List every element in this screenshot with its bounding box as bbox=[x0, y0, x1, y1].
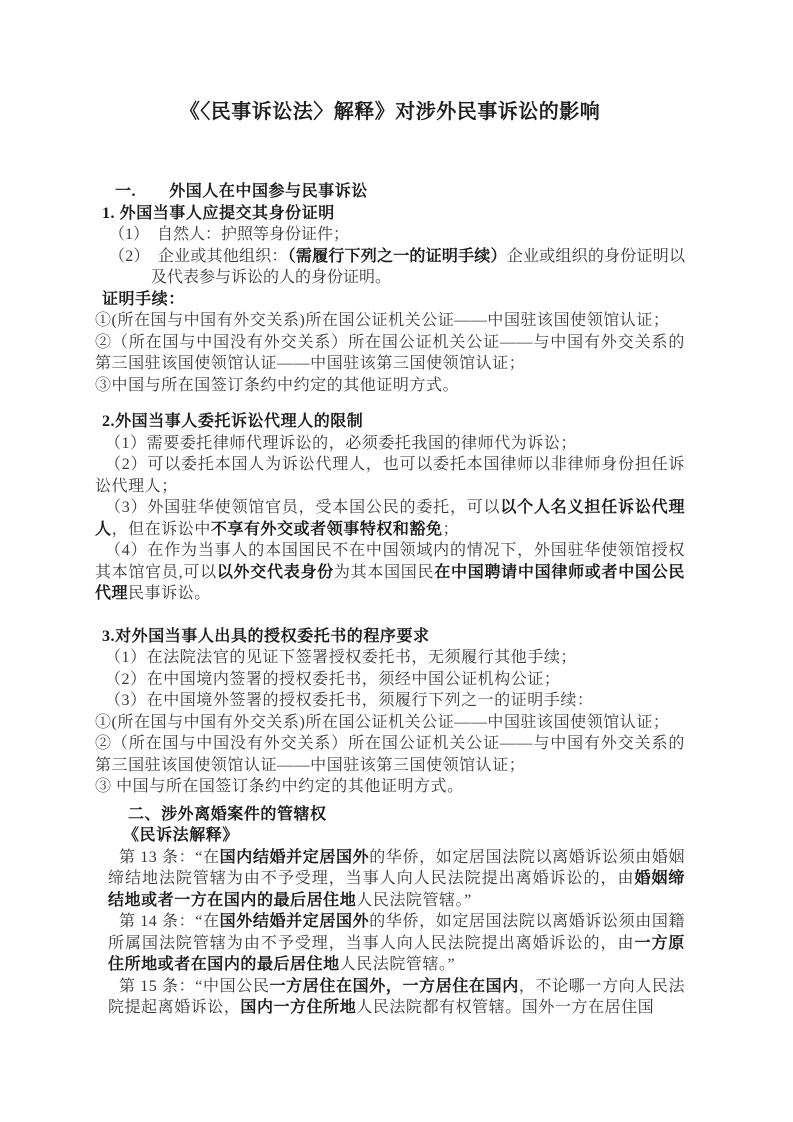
paragraph: （2）可以委托本国人为诉讼代理人，也可以委托本国律师以非律师身份担任诉讼代理人； bbox=[95, 454, 685, 497]
paragraph: （2）在中国境内签署的授权委托书，须经中国公证机构公证； bbox=[95, 669, 685, 691]
paragraph: （1）在法院法官的见证下签署授权委托书，无须履行其他手续； bbox=[95, 647, 685, 669]
paragraph: 证明手续： bbox=[95, 289, 685, 311]
paragraph: ①(所在国与中国有外交关系)所在国公证机关公证——中国驻该国使领馆认证； bbox=[95, 310, 685, 332]
document-page: 《〈民事诉讼法〉解释》对涉外民事诉讼的影响 一. 外国人在中国参与民事诉讼1. … bbox=[0, 0, 793, 1122]
text-run: 第 15 条：“中国公民 bbox=[119, 978, 269, 995]
subsection-2-heading: 2.外国当事人委托诉讼代理人的限制 bbox=[95, 411, 685, 433]
subsection-1-heading: 1. 外国当事人应提交其身份证明 bbox=[95, 203, 685, 225]
text-run: ③中国与所在国签订条约中约定的其他证明方式。 bbox=[95, 377, 459, 394]
emphasis-text: （需履行下列之一的证明手续） bbox=[288, 248, 507, 265]
emphasis-text: 《民诉法解释》 bbox=[123, 827, 239, 844]
text-run: ①(所在国与中国有外交关系)所在国公证机关公证——中国驻该国使领馆认证； bbox=[95, 312, 669, 329]
section-2-heading: 二、涉外离婚案件的管辖权 bbox=[95, 804, 685, 826]
paragraph: ①(所在国与中国有外交关系)所在国公证机关公证——中国驻该国使领馆认证； bbox=[95, 712, 685, 734]
book-title: 《民诉法解释》 bbox=[95, 825, 685, 847]
emphasis-text: 3.对外国当事人出具的授权委托书的程序要求 bbox=[102, 628, 430, 645]
text-run: 人民法院管辖。” bbox=[340, 956, 456, 973]
text-run: （1）在法院法官的见证下签署授权委托书，无须履行其他手续； bbox=[105, 649, 577, 666]
text-run: ③ 中国与所在国签订条约中约定的其他证明方式。 bbox=[95, 778, 464, 795]
emphasis-text: 证明手续： bbox=[102, 291, 185, 308]
paragraph: （1）需要委托律师代理诉讼的，必须委托我国的律师代为诉讼； bbox=[95, 433, 685, 455]
document-body: 一. 外国人在中国参与民事诉讼1. 外国当事人应提交其身份证明（1） 自然人：护… bbox=[95, 181, 685, 1019]
paragraph: （2） 企业或其他组织：（需履行下列之一的证明手续）企业或组织的身份证明以及代表… bbox=[95, 246, 685, 289]
document-content: 《〈民事诉讼法〉解释》对涉外民事诉讼的影响 一. 外国人在中国参与民事诉讼1. … bbox=[95, 0, 685, 1019]
text-run: 第 13 条：“在 bbox=[119, 849, 220, 866]
text-run: （2）可以委托本国人为诉讼代理人，也可以委托本国律师以非律师身份担任诉讼代理人； bbox=[95, 456, 685, 495]
text-run: （3）在中国境外签署的授权委托书，须履行下列之一的证明手续： bbox=[105, 692, 594, 709]
emphasis-text: 国外结婚并定居国外 bbox=[220, 913, 370, 930]
emphasis-text: 1. 外国当事人应提交其身份证明 bbox=[102, 205, 335, 222]
text-run: （2） 企业或其他组织： bbox=[109, 248, 288, 265]
paragraph: ②（所在国与中国没有外交关系）所在国公证机关公证——与中国有外交关系的第三国驻该… bbox=[95, 332, 685, 375]
section-1-heading: 一. 外国人在中国参与民事诉讼 bbox=[95, 181, 685, 203]
text-run: （3）外国驻华使领馆官员，受本国公民的委托，可以 bbox=[105, 499, 500, 516]
article-15: 第 15 条：“中国公民一方居住在国外，一方居住在国内，不论哪一方向人民法院提起… bbox=[95, 976, 685, 1019]
text-run: 人民法院管辖。” bbox=[356, 892, 472, 909]
emphasis-text: 一. 外国人在中国参与民事诉讼 bbox=[115, 183, 368, 200]
emphasis-text: 2.外国当事人委托诉讼代理人的限制 bbox=[102, 413, 363, 430]
text-run: ②（所在国与中国没有外交关系）所在国公证机关公证——与中国有外交关系的第三国驻该… bbox=[95, 334, 685, 373]
text-run: 民事诉讼。 bbox=[128, 585, 211, 602]
text-run: 为其本国国民 bbox=[334, 564, 434, 581]
text-run: ①(所在国与中国有外交关系)所在国公证机关公证——中国驻该国使领馆认证； bbox=[95, 714, 669, 731]
paragraph: ③中国与所在国签订条约中约定的其他证明方式。 bbox=[95, 375, 685, 397]
emphasis-text: 不享有外交或者领事特权和豁免 bbox=[211, 521, 443, 538]
text-run: （2）在中国境内签署的授权委托书，须经中国公证机构公证； bbox=[105, 671, 560, 688]
paragraph: （1） 自然人：护照等身份证件； bbox=[95, 224, 685, 246]
emphasis-text: 以外交代表身份 bbox=[217, 564, 334, 581]
paragraph: ②（所在国与中国没有外交关系）所在国公证机关公证——与中国有外交关系的第三国驻该… bbox=[95, 733, 685, 776]
page-title: 《〈民事诉讼法〉解释》对涉外民事诉讼的影响 bbox=[95, 98, 685, 126]
emphasis-text: 国内一方住所地 bbox=[240, 999, 356, 1016]
text-run: ，但在诉讼中 bbox=[112, 521, 211, 538]
paragraph: ③ 中国与所在国签订条约中约定的其他证明方式。 bbox=[95, 776, 685, 798]
subsection-3-heading: 3.对外国当事人出具的授权委托书的程序要求 bbox=[95, 626, 685, 648]
emphasis-text: 国内结婚并定居国外 bbox=[220, 849, 370, 866]
text-run: 人民法院都有权管辖。国外一方在居住国 bbox=[356, 999, 654, 1016]
paragraph: （3）在中国境外签署的授权委托书，须履行下列之一的证明手续： bbox=[95, 690, 685, 712]
text-run: （1） 自然人：护照等身份证件； bbox=[109, 226, 349, 243]
text-run: 第 14 条：“在 bbox=[119, 913, 220, 930]
paragraph: （3）外国驻华使领馆官员，受本国公民的委托，可以以个人名义担任诉讼代理人，但在诉… bbox=[95, 497, 685, 540]
article-14: 第 14 条：“在国外结婚并定居国外的华侨，如定居国法院以离婚诉讼须由国籍所属国… bbox=[95, 911, 685, 976]
text-run: ②（所在国与中国没有外交关系）所在国公证机关公证——与中国有外交关系的第三国驻该… bbox=[95, 735, 685, 774]
paragraph: （4）在作为当事人的本国国民不在中国领域内的情况下，外国驻华使领馆授权其本馆官员… bbox=[95, 540, 685, 605]
emphasis-text: 一方居住在国外，一方居住在国内 bbox=[269, 978, 518, 995]
article-13: 第 13 条：“在国内结婚并定居国外的华侨，如定居国法院以离婚诉讼须由婚姻缔结地… bbox=[95, 847, 685, 912]
text-run: （1）需要委托律师代理诉讼的，必须委托我国的律师代为诉讼； bbox=[105, 435, 577, 452]
emphasis-text: 二、涉外离婚案件的管辖权 bbox=[128, 806, 327, 823]
text-run: ； bbox=[443, 521, 460, 538]
